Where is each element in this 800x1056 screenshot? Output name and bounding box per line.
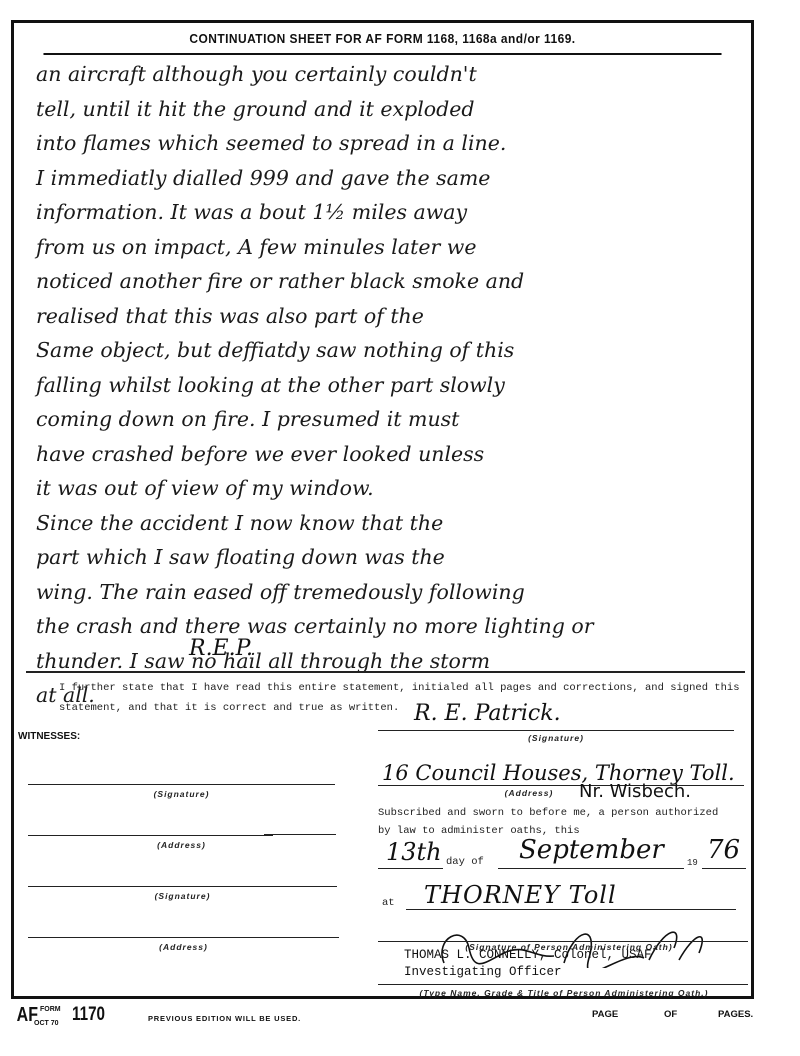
statement-line: part which I saw floating down was the (36, 540, 736, 575)
statement-line: have crashed before we ever looked unles… (36, 437, 736, 472)
oath-place: THORNEY Toll (424, 881, 617, 909)
section-divider (26, 671, 745, 673)
oath-day: 13th (386, 838, 442, 866)
statement-line: information. It was a bout 1½ miles away (36, 195, 736, 230)
statement-line: falling whilst looking at the other part… (36, 368, 736, 403)
statement-line: Same object, but deffiatdy saw nothing o… (36, 333, 736, 368)
day-of-label: day of (446, 856, 484, 868)
statement-line: Since the accident I now know that the (36, 506, 736, 541)
form-id: AF FORM OCT 70 1170 (14, 1004, 41, 1027)
witness-signature-2-caption: (Signature) (28, 891, 337, 901)
witness-signature-1-caption: (Signature) (28, 789, 335, 799)
statement-line: tell, until it hit the ground and it exp… (36, 92, 736, 127)
witness-address-2-caption: (Address) (28, 942, 339, 952)
oath-month: September (519, 835, 664, 865)
deponent-address-caption: (Address) (484, 788, 574, 798)
statement-line: the crash and there was certainly no mor… (36, 609, 736, 644)
officer-caption: (Type Name, Grade & Title of Person Admi… (378, 988, 750, 998)
statement-line: realised that this was also part of the (36, 299, 736, 334)
form-word-label: FORM (40, 1006, 61, 1013)
continuation-sheet-form: CONTINUATION SHEET FOR AF FORM 1168, 116… (11, 20, 754, 999)
at-label: at (382, 897, 395, 909)
statement-line: wing. The rain eased off tremedously fol… (36, 575, 736, 610)
previous-edition-note: PREVIOUS EDITION WILL BE USED. (148, 1014, 301, 1023)
statement-line: coming down on fire. I presumed it must (36, 402, 736, 437)
witnesses-label: WITNESSES: (18, 731, 80, 742)
statement-line: I immediatly dialled 999 and gave the sa… (36, 161, 736, 196)
officer-name: THOMAS L. CONNELLY, Colonel, USAF (404, 947, 652, 964)
statement-line: it was out of view of my window. (36, 471, 736, 506)
officer-title: Investigating Officer (404, 964, 652, 981)
certification-text: I further state that I have read this en… (59, 678, 749, 718)
officer-block: THOMAS L. CONNELLY, Colonel, USAF Invest… (404, 947, 652, 981)
pages-label: PAGES. (718, 1009, 753, 1020)
form-edition-date: OCT 70 (34, 1020, 59, 1027)
of-label: OF (664, 1009, 677, 1020)
deponent-signature: R. E. Patrick. (414, 701, 561, 726)
witness-address-1-caption: (Address) (28, 840, 335, 850)
oath-year: 76 (707, 835, 740, 865)
page-label: PAGE (592, 1009, 618, 1020)
statement-initials: R.E.P. (189, 636, 253, 661)
deponent-signature-caption: (Signature) (378, 733, 734, 743)
statement-line: noticed another fire or rather black smo… (36, 264, 736, 299)
year-prefix: 19 (687, 858, 698, 868)
deponent-address-line2: Nr. Wisbech. (579, 781, 691, 802)
statement-line: from us on impact, A few minules later w… (36, 230, 736, 265)
form-number: 1170 (72, 1004, 105, 1026)
form-title: CONTINUATION SHEET FOR AF FORM 1168, 116… (43, 23, 721, 55)
sworn-text-line1: Subscribed and sworn to before me, a per… (378, 807, 718, 819)
statement-line: into flames which seemed to spread in a … (36, 126, 736, 161)
statement-line: an aircraft although you certainly could… (36, 57, 736, 92)
handwritten-statement: an aircraft although you certainly could… (36, 57, 736, 713)
